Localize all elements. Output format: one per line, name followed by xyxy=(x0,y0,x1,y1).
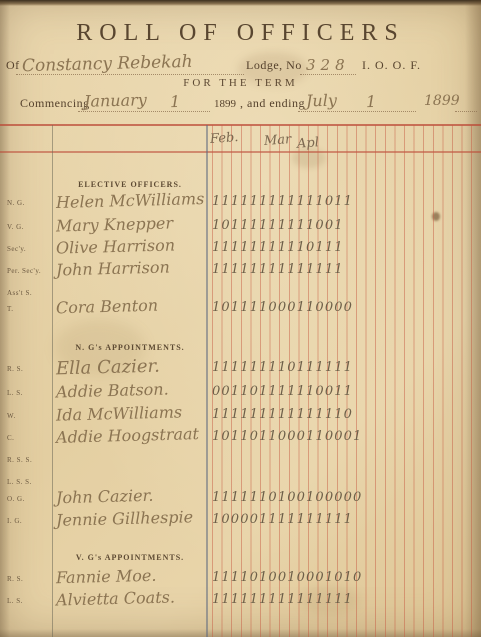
officer-name: Addie Hoogstraat xyxy=(56,424,199,447)
attendance-marks: 1 0 1 1 1 1 0 0 0 1 1 0 0 0 0 xyxy=(212,300,480,315)
attendance-marks: 1 1 1 1 1 1 1 1 1 1 0 1 1 1 xyxy=(212,240,480,255)
attendance-marks: 1 0 0 0 0 1 1 1 1 1 1 1 1 1 1 xyxy=(212,512,480,527)
month-header-apl: Apl xyxy=(297,135,320,151)
officer-row: L. S. Addie Batson. 0 0 1 1 0 1 1 1 1 1 … xyxy=(0,381,481,405)
office-label: C. xyxy=(7,434,14,442)
lodge-number-label: Lodge, No xyxy=(246,58,302,73)
office-label: Per. Sec'y. xyxy=(7,267,41,275)
office-label: I. G. xyxy=(7,517,22,525)
officer-row: R. S. S. xyxy=(0,448,481,472)
month-header-mar: Mar xyxy=(264,132,292,149)
officer-row: I. G. Jennie Gillhespie 1 0 0 0 0 1 1 1 … xyxy=(0,509,481,533)
dotted-rule xyxy=(298,110,416,112)
officer-row: V. G. Mary Knepper 1 0 1 1 1 1 1 1 1 1 1… xyxy=(0,215,481,239)
attendance-marks: 1 1 1 1 1 1 1 1 1 1 1 1 1 1 0 xyxy=(212,407,480,422)
officer-name: Fannie Moe. xyxy=(56,566,157,588)
and-ending-label: , and ending xyxy=(240,96,305,111)
officer-name: Ella Cazier. xyxy=(56,356,160,380)
officer-row: R. S. Ella Cazier. 1 1 1 1 1 1 1 1 0 1 1… xyxy=(0,357,481,381)
officer-row: R. S. Fannie Moe. 1 1 1 1 0 1 0 0 1 0 0 … xyxy=(0,567,481,591)
officer-name: Ida McWilliams xyxy=(56,402,183,424)
attendance-marks: 1 1 1 1 1 1 1 1 1 1 1 1 0 1 1 xyxy=(212,194,480,209)
attendance-marks: 1 1 1 1 1 1 1 1 1 1 1 1 1 1 1 xyxy=(212,592,480,607)
section-heading-vg-appointments: V. G's APPOINTMENTS. xyxy=(55,553,205,562)
office-label: R. S. xyxy=(7,575,23,583)
officer-name: Alvietta Coats. xyxy=(56,587,175,609)
office-label: T. xyxy=(7,305,14,313)
officer-row: O. G. John Cazier. 1 1 1 1 1 1 0 1 0 0 1… xyxy=(0,487,481,511)
officer-name: Olive Harrison xyxy=(56,235,175,257)
officer-row: C. Addie Hoogstraat 1 0 1 1 0 1 1 0 0 0 … xyxy=(0,426,481,450)
officer-name: Jennie Gillhespie xyxy=(56,507,194,530)
attendance-marks: 1 0 1 1 0 1 1 0 0 0 1 1 0 0 0 1 xyxy=(212,429,480,444)
attendance-marks: 1 1 1 1 1 1 0 1 0 0 1 0 0 0 0 0 xyxy=(212,490,480,505)
dotted-rule xyxy=(300,73,356,75)
month-header-feb: Feb. xyxy=(210,130,239,147)
office-label: O. G. xyxy=(7,495,25,503)
start-year: 1899 xyxy=(214,98,236,110)
officer-name: Helen McWilliams xyxy=(56,189,205,212)
page-title: ROLL OF OFFICERS xyxy=(0,20,481,47)
officer-row: T. Cora Benton 1 0 1 1 1 1 0 0 0 1 1 0 0… xyxy=(0,297,481,321)
attendance-marks: 1 1 1 1 1 1 1 1 0 1 1 1 1 1 1 xyxy=(212,360,480,375)
start-day-handwritten: 1 xyxy=(170,92,181,111)
office-label: W. xyxy=(7,412,16,420)
officer-name: Addie Batson. xyxy=(56,380,169,402)
office-label: L. S. S. xyxy=(7,478,32,486)
officer-name: Cora Benton xyxy=(56,296,159,318)
attendance-marks: 1 1 1 1 1 1 1 1 1 1 1 1 1 1 xyxy=(212,262,480,277)
dotted-rule xyxy=(16,73,244,75)
office-label: Ass't S. xyxy=(7,289,32,297)
attendance-marks: 1 1 1 1 0 1 0 0 1 0 0 0 1 0 1 0 xyxy=(212,570,480,585)
dotted-rule xyxy=(78,110,210,112)
for-the-term-label: FOR THE TERM xyxy=(0,77,481,89)
page-top-edge xyxy=(0,0,481,6)
end-month-handwritten: July xyxy=(306,91,337,111)
office-label: R. S. xyxy=(7,365,23,373)
lodge-prefix-label: Of xyxy=(6,58,20,73)
start-month-handwritten: January xyxy=(84,90,147,111)
attendance-marks: 1 0 1 1 1 1 1 1 1 1 1 0 0 1 xyxy=(212,218,480,233)
officer-name: John Cazier. xyxy=(56,486,154,508)
dotted-rule xyxy=(455,110,477,112)
office-label: N. G. xyxy=(7,199,25,207)
office-label: R. S. S. xyxy=(7,456,32,464)
officer-row: W. Ida McWilliams 1 1 1 1 1 1 1 1 1 1 1 … xyxy=(0,404,481,428)
officer-row: L. S. Alvietta Coats. 1 1 1 1 1 1 1 1 1 … xyxy=(0,589,481,613)
office-label: L. S. xyxy=(7,597,23,605)
attendance-marks: 0 0 1 1 0 1 1 1 1 1 1 0 0 1 1 xyxy=(212,384,480,399)
office-label: Sec'y. xyxy=(7,245,26,253)
end-day-handwritten: 1 xyxy=(366,92,377,111)
section-heading-ng-appointments: N. G's APPOINTMENTS. xyxy=(55,343,205,352)
lodge-number-handwritten: 328 xyxy=(306,56,350,74)
commencing-label: Commencing xyxy=(20,96,90,111)
ledger-page: ROLL OF OFFICERS Of Constancy Rebekah Lo… xyxy=(0,0,481,637)
officer-row: Sec'y. Olive Harrison 1 1 1 1 1 1 1 1 1 … xyxy=(0,237,481,261)
section-heading-elective-officers: ELECTIVE OFFICERS. xyxy=(55,180,205,189)
office-label: V. G. xyxy=(7,223,24,231)
end-year-handwritten: 1899 xyxy=(424,93,460,109)
officer-row: N. G. Helen McWilliams 1 1 1 1 1 1 1 1 1… xyxy=(0,191,481,215)
officer-row: Per. Sec'y. John Harrison 1 1 1 1 1 1 1 … xyxy=(0,259,481,283)
officer-name: John Harrison xyxy=(56,258,170,280)
officer-name: Mary Knepper xyxy=(56,213,173,235)
office-label: L. S. xyxy=(7,389,23,397)
order-initials-label: I. O. O. F. xyxy=(362,58,421,73)
